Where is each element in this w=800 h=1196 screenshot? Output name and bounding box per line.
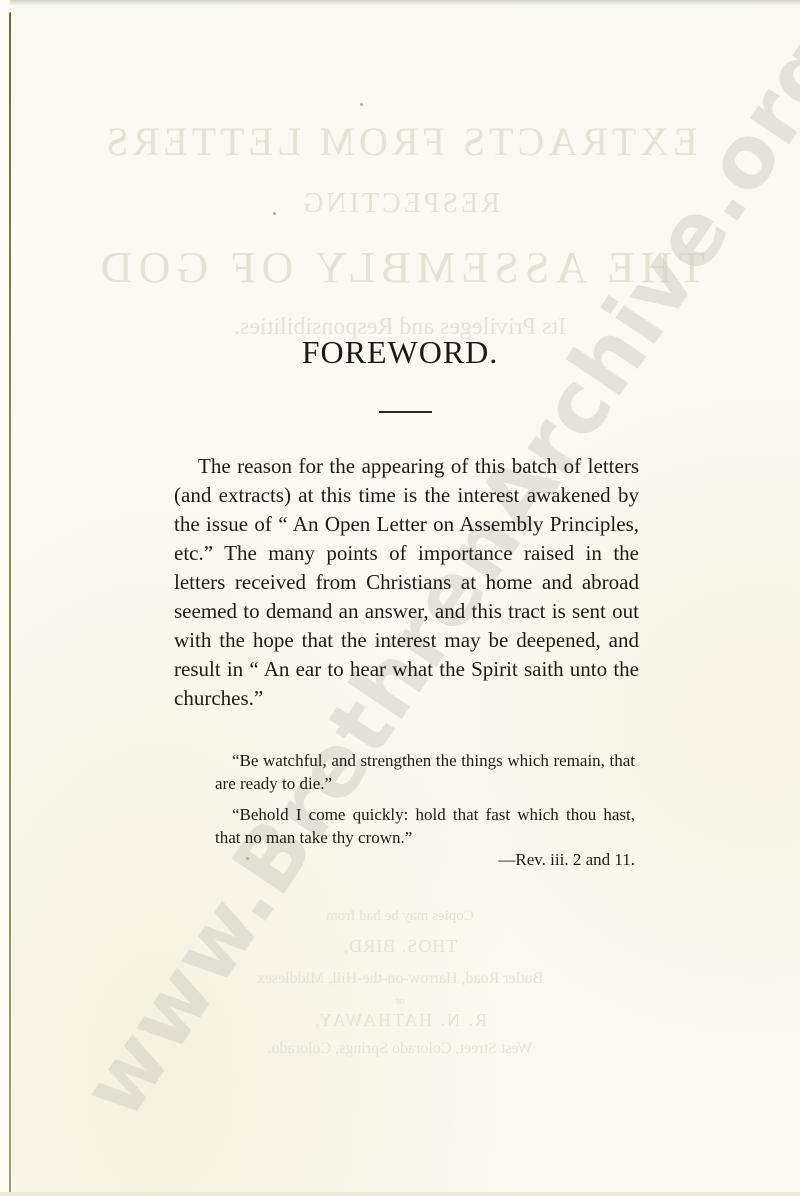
page-title: FOREWORD. xyxy=(0,334,800,371)
foreword-paragraph: The reason for the appearing of this bat… xyxy=(174,452,639,713)
page-content: FOREWORD. The reason for the appearing o… xyxy=(0,0,800,1196)
scripture-quote: “Behold I come quickly: hold that fast w… xyxy=(215,803,635,849)
title-rule-divider xyxy=(379,411,432,413)
scanned-page: EXTRACTS FROM LETTERS RESPECTING THE ASS… xyxy=(0,0,800,1196)
scripture-quote: “Be watchful, and strengthen the things … xyxy=(215,749,635,795)
scripture-citation: —Rev. iii. 2 and 11. xyxy=(215,848,635,871)
